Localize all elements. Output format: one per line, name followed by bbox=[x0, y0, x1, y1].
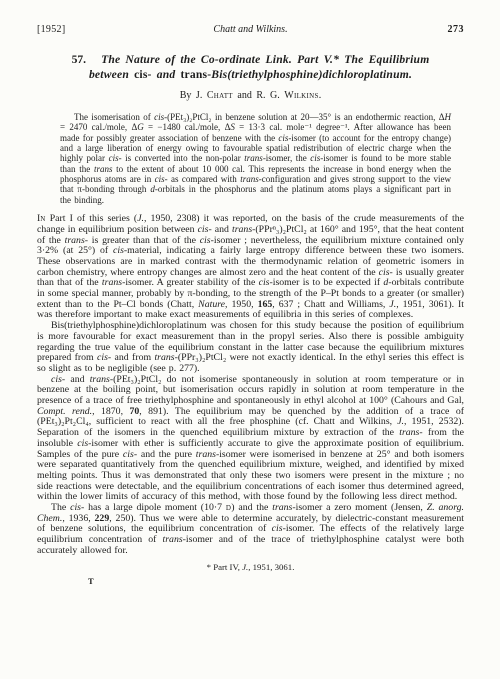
footnote: * Part IV, J., 1951, 3061. bbox=[37, 562, 464, 572]
journal-page: [1952] Chatt and Wilkins. 273 57.The Nat… bbox=[0, 0, 500, 679]
running-head-authors: Chatt and Wilkins. bbox=[127, 24, 374, 36]
body-paragraph-2: Bis(triethylphosphine)dichloroplatinum w… bbox=[37, 321, 464, 375]
issue-year: [1952] bbox=[37, 24, 127, 36]
article-number: 57. bbox=[72, 53, 87, 66]
byline: By J. Chatt and R. G. Wilkins. bbox=[37, 90, 464, 102]
abstract: The isomerisation of cis-(PEt₃)₂PtCl₂ in… bbox=[60, 112, 451, 205]
article-body: In Part I of this series (J., 1950, 2308… bbox=[37, 214, 464, 557]
article-title-line-2: between cis- and trans-Bis(triethylphosp… bbox=[37, 67, 464, 82]
body-paragraph-3: cis- and trans-(PEt₃)₂PtCl₂ do not isome… bbox=[37, 375, 464, 503]
article-title: 57.The Nature of the Co-ordinate Link. P… bbox=[37, 52, 464, 82]
body-paragraph-4: The cis- has a large dipole moment (10·7… bbox=[37, 503, 464, 557]
article-title-line-1: 57.The Nature of the Co-ordinate Link. P… bbox=[37, 52, 464, 67]
signature-mark: T bbox=[88, 576, 464, 586]
body-paragraph-1: In Part I of this series (J., 1950, 2308… bbox=[37, 214, 464, 321]
running-header: [1952] Chatt and Wilkins. 273 bbox=[37, 24, 464, 36]
article-title-text-1: The Nature of the Co-ordinate Link. Part… bbox=[101, 53, 429, 66]
page-number: 273 bbox=[374, 24, 464, 36]
